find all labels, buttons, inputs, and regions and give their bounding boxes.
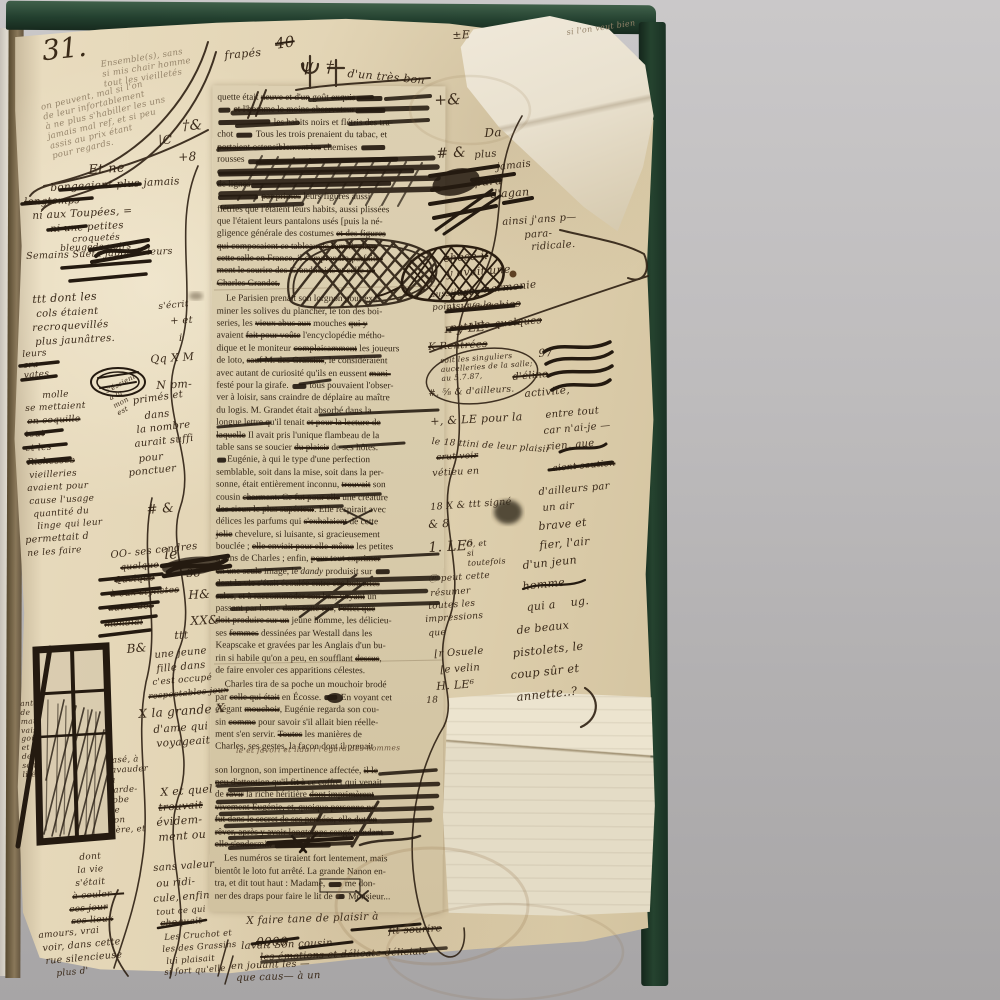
printed-line: en une seule image, le dandy produisit s… [216, 565, 441, 578]
printed-proof-clipping: quette était neuve et d'un goût exquis e… [210, 86, 446, 913]
folio-number: 31. [40, 30, 88, 67]
printed-text: quette était neuve et d'un goût exquis e… [215, 92, 443, 904]
printed-line: semblable, soit dans la mise, soit dans … [216, 466, 441, 479]
printed-line: mains de Charles ; enfin, pour tout expr… [216, 553, 441, 566]
printed-line: que l'étaient leurs pantalons usés [puis… [217, 216, 442, 229]
printed-line: doit produire sur un jeune homme, les dé… [216, 615, 441, 628]
printed-line: sonne, était entièrement inconnu, trouva… [216, 479, 441, 492]
printed-line: Le Parisien prenait son lorgnon pour exa… [217, 293, 442, 306]
printed-line: rin si habile qu'on a peu, en soufflant … [215, 652, 440, 665]
printed-line: élégant mouchoir, Eugénie regarda son co… [215, 704, 440, 717]
printed-line: Eugénie, à qui le type d'une perfection [216, 454, 441, 467]
printed-line: passant par heure dans cette rue, l'effe… [216, 603, 441, 616]
printed-line: laquelle Il avait pris l'unique flambeau… [216, 429, 441, 442]
printed-line: Charles tira de sa poche un mouchoir bro… [215, 679, 440, 692]
printed-line: fut dans le secret de ses pensées, elle … [215, 814, 440, 827]
printed-line: avec autant de curiosité qu'ils en eusse… [216, 367, 441, 380]
printed-line: tra, et dit tout haut : Madame, me don- [215, 878, 440, 891]
handwriting-note: que caus— à un [236, 970, 321, 985]
printed-line: et l'homme le moins observateur [217, 104, 442, 117]
printed-line: cousin charmant. Ce fut pour elle une cr… [216, 491, 441, 504]
printed-line: series, les vieux abus aux mouches qui y [217, 318, 442, 331]
printed-line: quette était neuve et d'un goût exquis [217, 92, 442, 105]
printed-line: de loto, sauf M. des Grassins, le consid… [216, 355, 441, 368]
printed-line: Keapscake et gravées par les Anglais d'u… [215, 640, 440, 653]
printed-line: de ravir la riche héritière dont imprimè… [215, 789, 440, 802]
printed-line: ses femmes dessinées par Westall dans le… [216, 627, 441, 640]
printed-line: Charles, ses gestes, la façon dont il pr… [215, 741, 440, 754]
printed-line: bouclée ; elle enviait pour elle-même le… [216, 541, 441, 554]
printed-line: par primes leurs figures aussi [217, 191, 442, 204]
printed-line: ver à loisir, sans craindre de déplaire … [216, 392, 441, 405]
printed-line: son lorgnon, son impertinence affectée, … [215, 764, 440, 777]
printed-line: du logis. M. Grandet était absorbé dans … [216, 404, 441, 417]
printed-line: jolie chevelure, si luisante, si gracieu… [216, 528, 441, 541]
printed-line: avaient fait pour voûte l'encyclopédie m… [217, 330, 442, 343]
printed-line: flétries que l'étaient leurs habits, aus… [217, 203, 442, 216]
printed-line: dont la vie s'était écoulée entre ces bo… [216, 578, 441, 591]
printed-line: peu d'attention qu'il fit à ce coffret q… [215, 777, 440, 790]
printed-line [217, 166, 442, 179]
handwriting-note: plus d' [56, 966, 89, 979]
printed-line: vivement Eugénie, et, quoique personne n… [215, 801, 440, 814]
printed-line: ner des draps pour faire le lit de Monsi… [215, 890, 440, 903]
printed-line: cette salle en France, il comprendra par… [217, 253, 442, 266]
printed-line: elle s'endormit. [215, 839, 440, 852]
printed-line: bientôt le loto fut arrêté. La grande Na… [215, 865, 440, 878]
printed-line: de faire envoler ces apparitions céleste… [215, 665, 440, 678]
pasted-paper-patch [442, 691, 658, 918]
printed-line: Les numéros se tiraient fort lentement, … [215, 853, 440, 866]
printed-line: ment le sourire des Grandmains et celle … [217, 265, 442, 278]
printed-line: miner les solives du plancher, le ton de… [217, 305, 442, 318]
printed-line: festé pour la girafe. tous pouvaient l'o… [216, 380, 441, 393]
printed-line: sales, et à raccommoder son bas, voyant … [216, 590, 441, 603]
printed-line: portaient ostensiblement les chemises [217, 141, 442, 154]
printed-line: gligence générale des costumes et des fi… [217, 228, 442, 241]
printed-line: rêver, après y avoir longtemps songé pen… [215, 826, 440, 839]
printed-line: ment s'en servir. Toutes les manières de [215, 729, 440, 742]
printed-line: longue lettre qu'il tenait et pour la le… [216, 417, 441, 430]
printed-line: les habits noirs et flétris des tru- [217, 116, 442, 129]
printed-line: par celle qui était en Écosse. En voyant… [215, 691, 440, 704]
printed-line: chot Tous les trois prenaient du tabac, … [217, 129, 442, 142]
printed-line: Charles Grandet. [217, 277, 442, 290]
printed-line: des cieux le plus supérieur. Elle respir… [216, 504, 441, 517]
printed-line: rousses [217, 154, 442, 167]
printed-line: dique et le moniteur complaisamment les … [217, 342, 442, 355]
printed-line: délices les parfums qui s'exhalaient de … [216, 516, 441, 529]
printed-line: table sans se soucier du plaisir de ses … [216, 442, 441, 455]
printed-line: de lignes [217, 178, 442, 191]
printed-line: sin comme pour savoir s'il allait bien r… [215, 716, 440, 729]
printed-line: qui composaient ce tableau de famille da… [217, 240, 442, 253]
